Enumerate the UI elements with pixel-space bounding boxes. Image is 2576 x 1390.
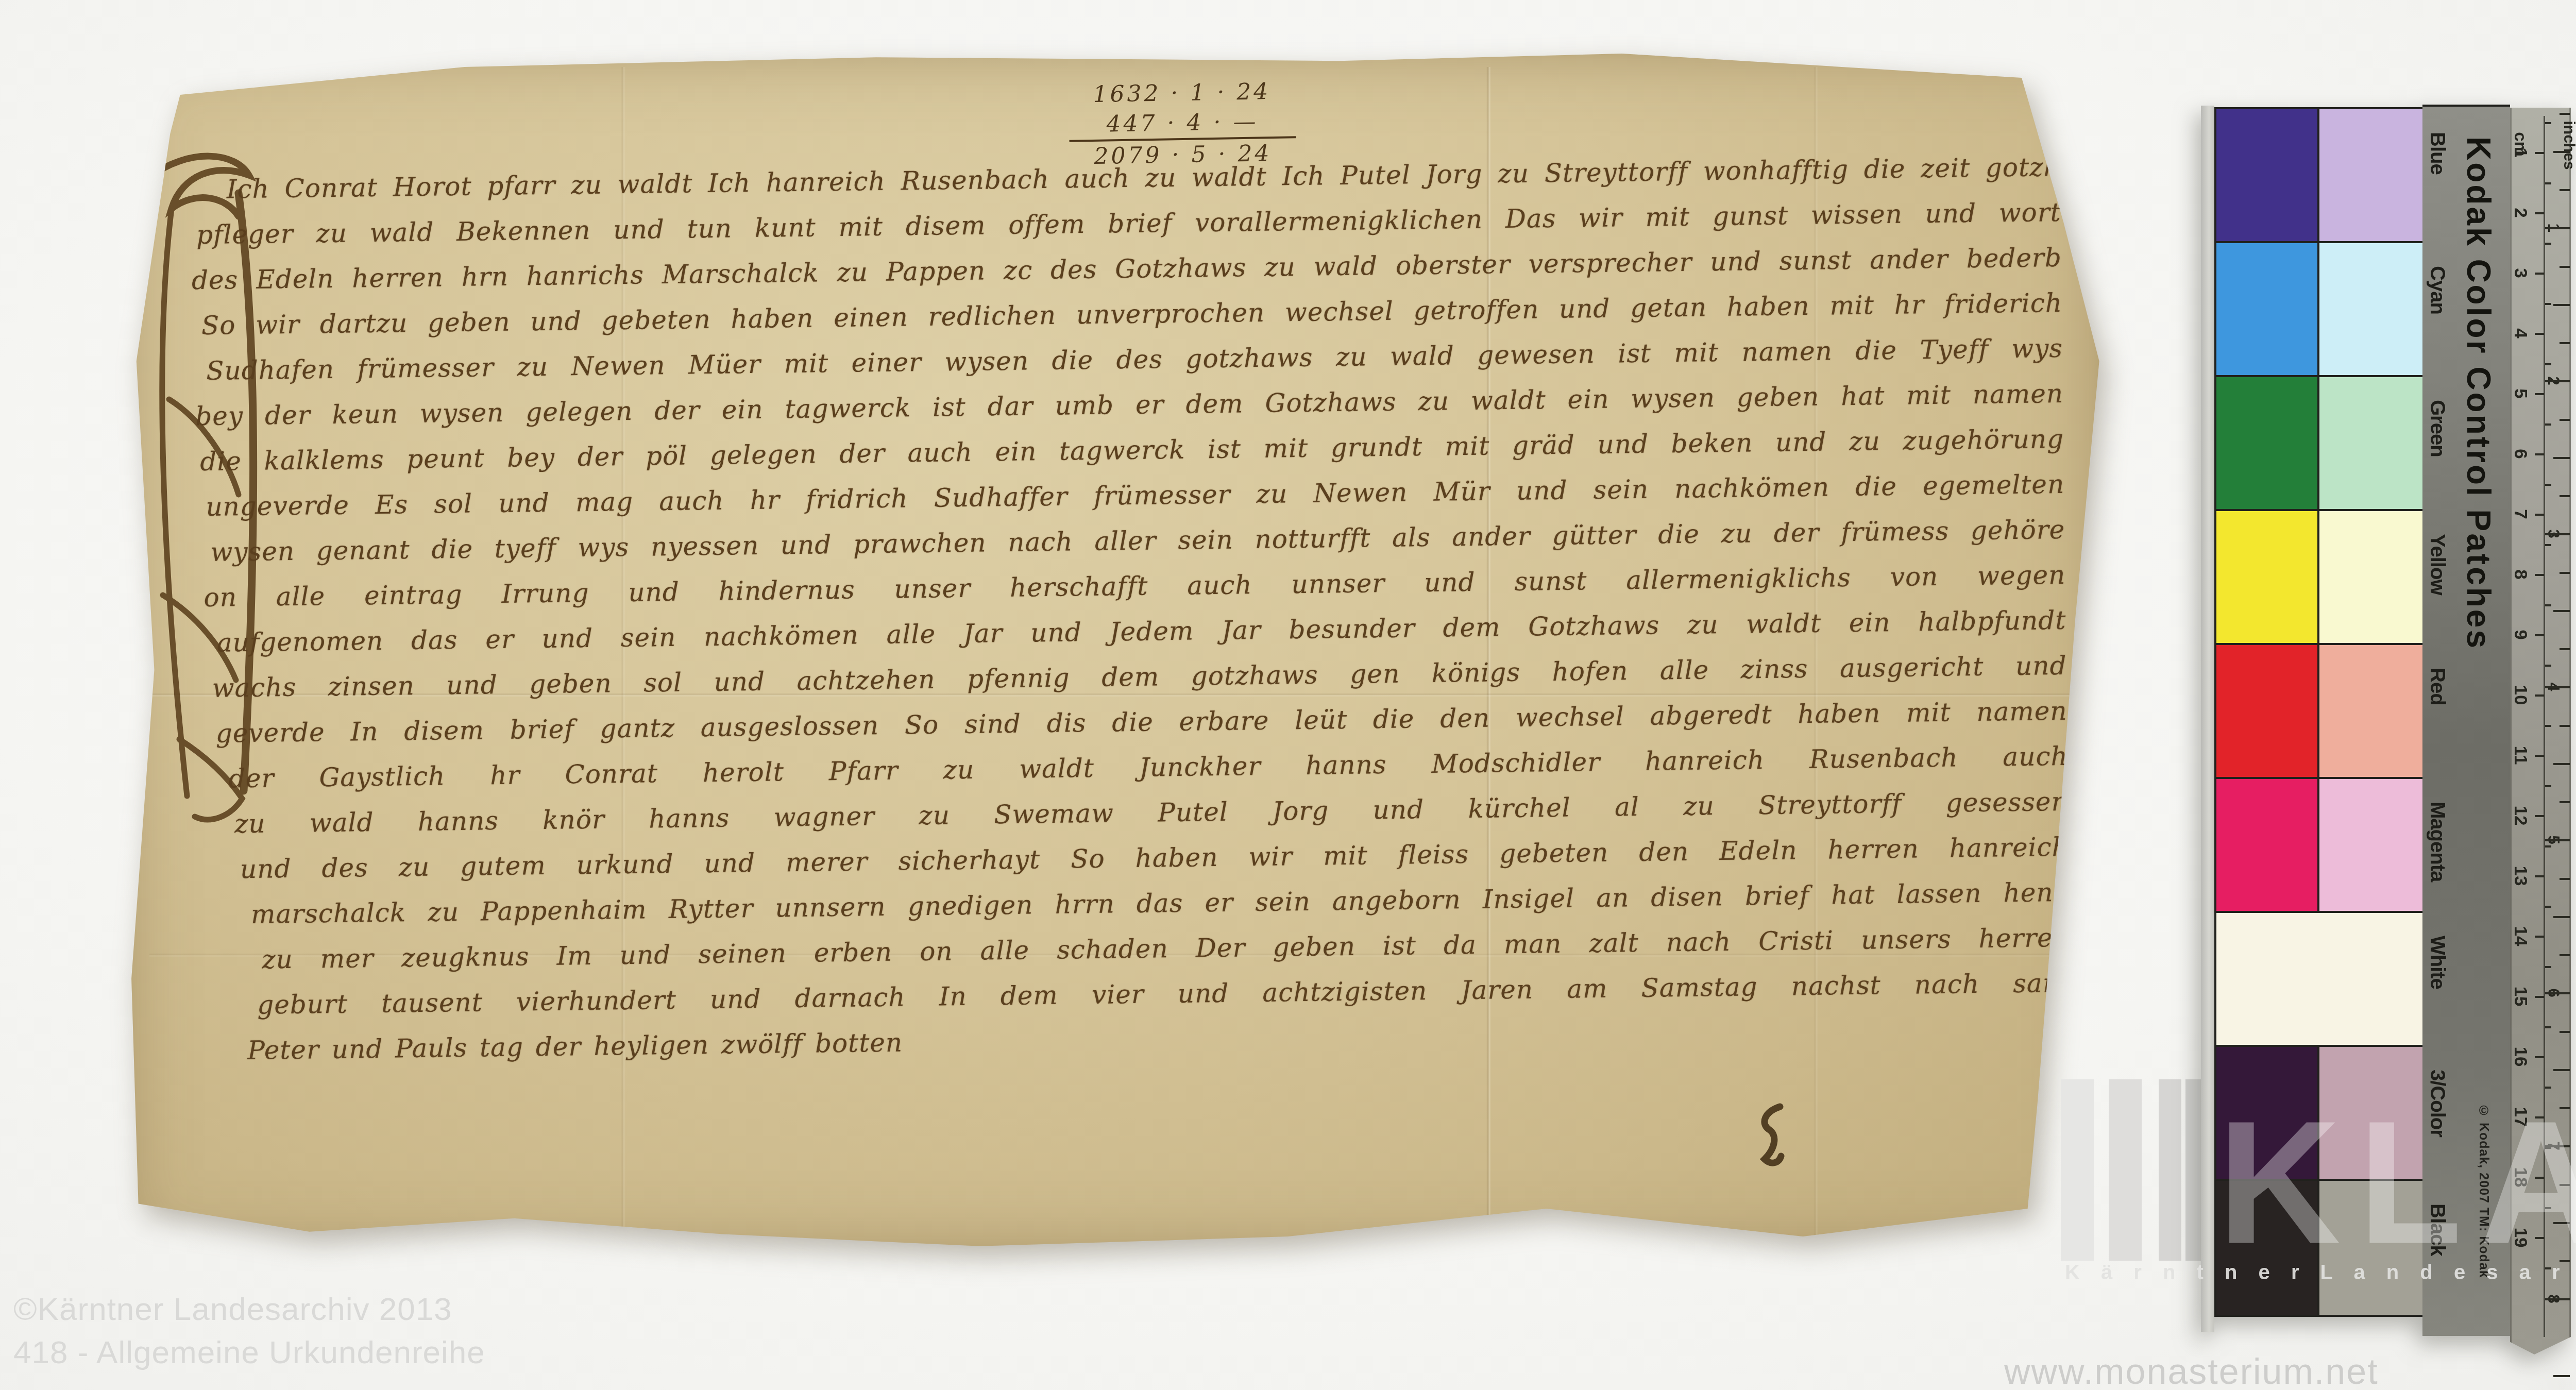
- ruler-tick: [2560, 419, 2570, 421]
- notary-mark: [1749, 1103, 1795, 1175]
- kla-logo-bar: [2061, 1079, 2094, 1261]
- patch-label: Cyan: [2426, 266, 2449, 314]
- patch-row-yellow: [2216, 511, 2426, 645]
- ruler-tick: [2553, 916, 2570, 918]
- photo-canvas: 1632 · 1 · 24447 · 4 · —2079 · 5 · 24 Ic…: [0, 0, 2576, 1390]
- patch-row-red: [2216, 645, 2426, 779]
- kodak-title: Kodak Color Control Patches: [2460, 137, 2498, 650]
- ruler-cm-number: 11: [2510, 745, 2531, 766]
- patch-row-blue: [2216, 109, 2426, 243]
- ruler-tick: [2560, 342, 2570, 344]
- ruler-tick: [2553, 304, 2570, 306]
- ruler-tick: [2560, 266, 2570, 268]
- patch-row-white: [2216, 913, 2426, 1047]
- ruler-cm-number: 4: [2510, 323, 2531, 344]
- ruler-tick: [2545, 906, 2551, 908]
- patch-label: Green: [2426, 400, 2449, 457]
- ruler-tick: [2545, 303, 2551, 305]
- ruler-cm-number: 10: [2510, 685, 2531, 705]
- color-patch: [2216, 913, 2426, 1045]
- patch-row-cyan: [2216, 243, 2426, 377]
- ruler-tick: [2535, 755, 2544, 757]
- parchment-document: 1632 · 1 · 24447 · 4 · —2079 · 5 · 24 Ic…: [118, 46, 2107, 1257]
- ruler-tick: [2553, 1375, 2570, 1377]
- patch-label: Red: [2426, 668, 2449, 705]
- ruler-tick: [2545, 992, 2570, 994]
- ruler-tick: [2535, 514, 2544, 516]
- ruler-cm-number: 7: [2510, 504, 2531, 524]
- ruler-tick: [2545, 604, 2551, 606]
- ruler-tick: [2560, 648, 2570, 650]
- ruler-tick: [2560, 495, 2570, 497]
- ruler-tick: [2553, 457, 2570, 459]
- ruler-tick: [2560, 572, 2570, 574]
- ruler-tick: [2535, 936, 2544, 938]
- ruler-tick: [2545, 1298, 2570, 1300]
- ruler-cm-number: 5: [2510, 383, 2531, 404]
- color-patch: [2216, 377, 2319, 509]
- color-patch-tint: [2319, 645, 2426, 777]
- ruler-tick: [2545, 533, 2570, 535]
- ruler-tick: [2535, 1056, 2544, 1058]
- ruler-tick: [2560, 801, 2570, 803]
- color-patch: [2216, 109, 2319, 241]
- watermark-logo-caption: K ä r n t n e r L a n d e s a r c h i v: [2065, 1261, 2576, 1284]
- ruler-tick: [2545, 182, 2551, 184]
- ruler-tick: [2553, 763, 2570, 765]
- ruler-tick: [2535, 875, 2544, 877]
- patch-label: Yellow: [2426, 534, 2449, 595]
- ruler-tick: [2535, 212, 2544, 214]
- ruler-tick: [2560, 725, 2570, 727]
- kla-logo-bar: [2159, 1079, 2181, 1261]
- ruler-tick: [2560, 189, 2570, 191]
- ruler-tick: [2560, 113, 2570, 115]
- ruler-tick: [2545, 484, 2551, 486]
- ruler-tick: [2535, 152, 2544, 154]
- patch-label: Magenta: [2426, 802, 2449, 882]
- patch-row-magenta: [2216, 779, 2426, 913]
- ruler-tick: [2545, 665, 2551, 667]
- watermark-website: www.monasterium.net: [2004, 1351, 2379, 1390]
- watermark-archive-copyright: ©Kärntner Landesarchiv 2013: [13, 1291, 452, 1328]
- ruler-cm-number: 1: [2510, 142, 2531, 163]
- ruler-tick: [2535, 815, 2544, 817]
- ruler-tick: [2535, 453, 2544, 455]
- ruler-tick: [2545, 122, 2551, 124]
- ruler-tick: [2545, 725, 2551, 727]
- ruler-tick: [2545, 966, 2551, 968]
- ruler-tick: [2545, 544, 2551, 546]
- kla-logo-bar: [2109, 1079, 2142, 1261]
- watermark-series-title: 418 - Allgemeine Urkundenreihe: [13, 1334, 485, 1371]
- ruler-tick: [2553, 151, 2570, 153]
- color-patch-tint: [2319, 511, 2426, 643]
- color-patch: [2216, 511, 2319, 643]
- color-patch: [2216, 243, 2319, 375]
- ruler-cm-number: 6: [2510, 444, 2531, 464]
- ruler-tick: [2535, 634, 2544, 636]
- strip-white-edge: [2201, 106, 2214, 1332]
- color-patch-tint: [2319, 779, 2426, 911]
- inches-scale-label: inches: [2560, 121, 2576, 169]
- color-patch-tint: [2319, 243, 2426, 375]
- kla-logo-letters: KLA: [2218, 1095, 2576, 1270]
- ruler-cm-number: 13: [2510, 866, 2531, 886]
- manuscript-text: Ich Conrat Horot pfarr zu waldt Ich hanr…: [190, 144, 2071, 1074]
- ruler-tick: [2553, 1069, 2570, 1071]
- color-patch-tint: [2319, 109, 2426, 241]
- archival-note-row: 447 · 4 · —: [1069, 106, 1296, 140]
- ruler-tick: [2545, 423, 2551, 426]
- ruler-tick: [2545, 243, 2551, 245]
- ruler-tick: [2535, 273, 2544, 275]
- ruler-tick: [2553, 610, 2570, 612]
- ruler-tick: [2560, 1031, 2570, 1033]
- ruler-cm-number: 3: [2510, 263, 2531, 283]
- color-patch: [2216, 645, 2319, 777]
- ruler-tick: [2535, 694, 2544, 697]
- ruler-cm-number: 12: [2510, 805, 2531, 826]
- patch-label: White: [2426, 936, 2449, 989]
- patch-label: Blue: [2426, 132, 2449, 175]
- ruler-cm-number: 2: [2510, 202, 2531, 223]
- ruler-tick: [2545, 380, 2570, 382]
- ruler-cm-number: 14: [2510, 926, 2531, 946]
- patch-row-green: [2216, 377, 2426, 511]
- ruler-tick: [2545, 227, 2570, 229]
- ruler-tick: [2545, 363, 2551, 365]
- ruler-tick: [2535, 574, 2544, 576]
- ruler-tick: [2545, 686, 2570, 688]
- ruler-cm-number: 8: [2510, 564, 2531, 585]
- ruler-tick: [2535, 333, 2544, 335]
- ruler-cm-number: 9: [2510, 624, 2531, 645]
- parchment-surface: 1632 · 1 · 24447 · 4 · —2079 · 5 · 24 Ic…: [118, 46, 2107, 1257]
- color-patch: [2216, 779, 2319, 911]
- archival-note-row: 1632 · 1 · 24: [1068, 76, 1295, 110]
- ruler-tick: [2545, 785, 2551, 787]
- ruler-tick: [2535, 996, 2544, 998]
- ruler-cm-number: 15: [2510, 986, 2531, 1007]
- ruler-tick: [2545, 1026, 2551, 1028]
- ruler-cm-number: 16: [2510, 1046, 2531, 1067]
- color-patch-tint: [2319, 377, 2426, 509]
- ruler-tick: [2560, 878, 2570, 880]
- ruler-tick: [2545, 839, 2570, 841]
- ruler-tick: [2560, 954, 2570, 956]
- ruler-tick: [2535, 393, 2544, 395]
